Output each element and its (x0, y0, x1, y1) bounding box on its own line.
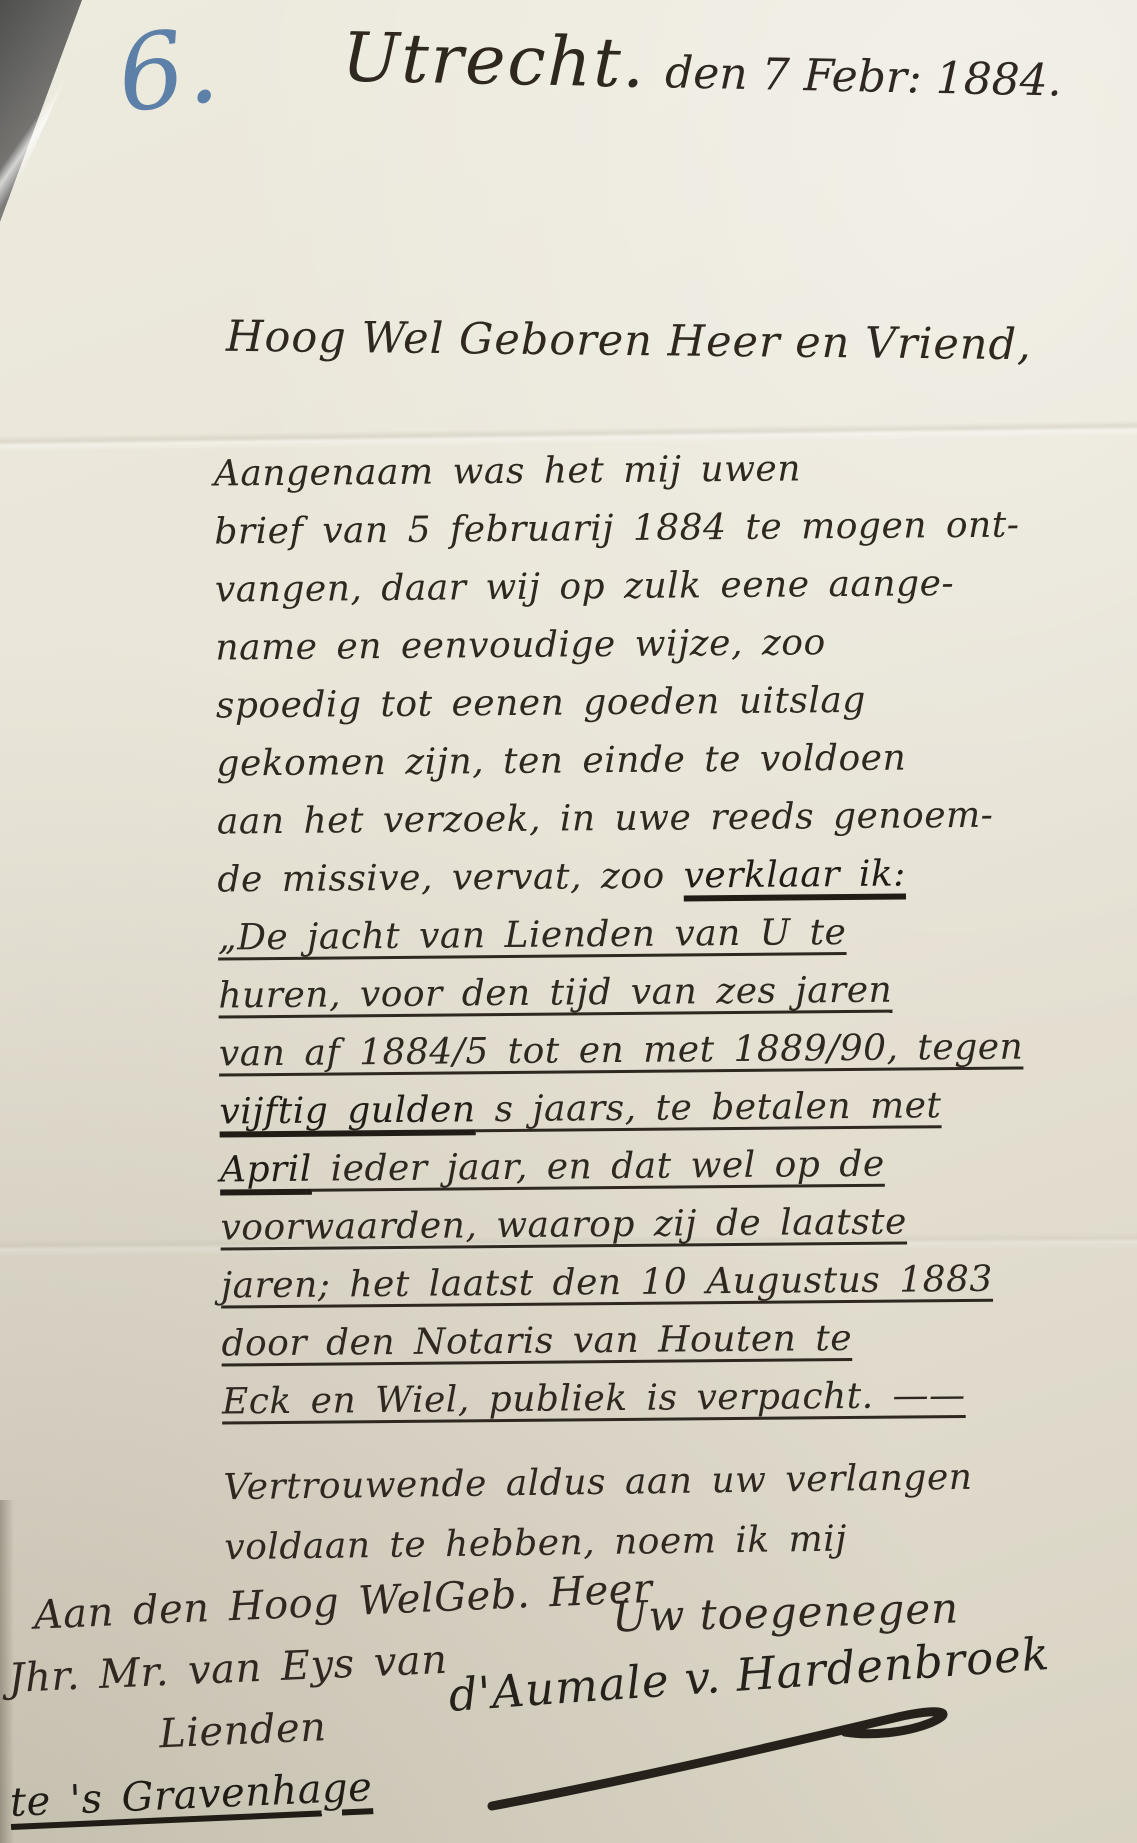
body-line: gekomen zijn, ten einde te voldoen (216, 736, 1022, 801)
text-segment: door den Notaris van Houten te (221, 1318, 852, 1365)
dateline-city: Utrecht. (341, 18, 647, 103)
body-line: April ieder jaar, en dat wel op de (220, 1142, 1026, 1207)
text-segment: gekomen zijn, ten einde te voldoen (216, 738, 906, 785)
body-line: huren, voor den tijd van zes jaren (218, 968, 1024, 1033)
body-line: de missive, vervat, zoo verklaar ik: (217, 852, 1023, 917)
archive-number: 6. (112, 12, 223, 127)
dateline-date: den 7 Febr: 1884. (665, 47, 1063, 106)
text-segment: Lienden (158, 1704, 327, 1757)
text-segment: April (220, 1149, 312, 1191)
body-line: door den Notaris van Houten te (221, 1316, 1027, 1381)
letter-photo: 6. Utrecht. den 7 Febr: 1884. Hoog Wel G… (0, 0, 1137, 1843)
body-line: name en eenvoudige wijze, zoo (215, 620, 1021, 685)
dateline: Utrecht. den 7 Febr: 1884. (341, 18, 1062, 112)
body-line: vijftig gulden s jaars, te betalen met (219, 1084, 1025, 1149)
address-block: Aan den Hoog WelGeb. HeerJhr. Mr. van Ey… (0, 1566, 662, 1842)
body-line: jaren; het laatst den 10 Augustus 1883 (221, 1258, 1027, 1323)
body-line: aan het verzoek, in uwe reeds genoem- (217, 794, 1023, 859)
closing-line: Vertrouwende aldus aan uw verlangen (223, 1457, 973, 1527)
text-segment: spoedig tot eenen goeden uitslag (216, 680, 866, 727)
body-line: spoedig tot eenen goeden uitslag (216, 678, 1022, 743)
text-segment: Aangenaam was het mij uwen (214, 448, 801, 494)
body-line: vangen, daar wij op zulk eene aange- (215, 563, 1021, 628)
valediction: Uw toegenegen (611, 1583, 959, 1641)
text-segment: de missive, vervat, zoo (217, 855, 684, 900)
text-segment: verklaar ik: (683, 854, 906, 897)
text-segment: van af 1884/5 tot en met 1889/90, tegen (219, 1026, 1024, 1074)
text-segment: ieder jaar, en dat wel op de (312, 1144, 885, 1190)
body-line: Aangenaam was het mij uwen (214, 447, 1020, 512)
body-line: brief van 5 februarij 1884 te mogen ont- (214, 505, 1020, 570)
body-line: „De jacht van Lienden van U te (218, 910, 1024, 975)
text-segment: Eck en Wiel, publiek is verpacht. —— (222, 1375, 966, 1422)
text-segment: aan het verzoek, in uwe reeds genoem- (217, 795, 994, 843)
body-line: van af 1884/5 tot en met 1889/90, tegen (219, 1026, 1025, 1091)
text-segment: vijftig gulden (219, 1089, 475, 1132)
text-segment: voorwaarden, waarop zij de laatste (220, 1202, 907, 1249)
text-segment: te 's Gravenhage (9, 1764, 373, 1826)
text-segment: jaren; het laatst den 10 Augustus 1883 (221, 1259, 993, 1307)
text-segment: huren, voor den tijd van zes jaren (218, 970, 892, 1017)
letter-body: Aangenaam was het mij uwenbrief van 5 fe… (214, 447, 1028, 1440)
salutation: Hoog Wel Geboren Heer en Vriend, (226, 312, 1032, 370)
text-segment: name en eenvoudige wijze, zoo (215, 622, 826, 668)
text-segment: s jaars, te betalen met (475, 1085, 941, 1130)
text-segment: voldaan te hebben, noem ik mij (224, 1519, 847, 1569)
text-segment: „De jacht van Lienden van U te (218, 912, 847, 958)
body-line: voorwaarden, waarop zij de laatste (220, 1200, 1026, 1265)
text-segment: brief van 5 februarij 1884 te mogen ont- (214, 505, 1019, 553)
body-line: Eck en Wiel, publiek is verpacht. —— (222, 1374, 1028, 1439)
text-segment: vangen, daar wij op zulk eene aange- (215, 563, 955, 610)
